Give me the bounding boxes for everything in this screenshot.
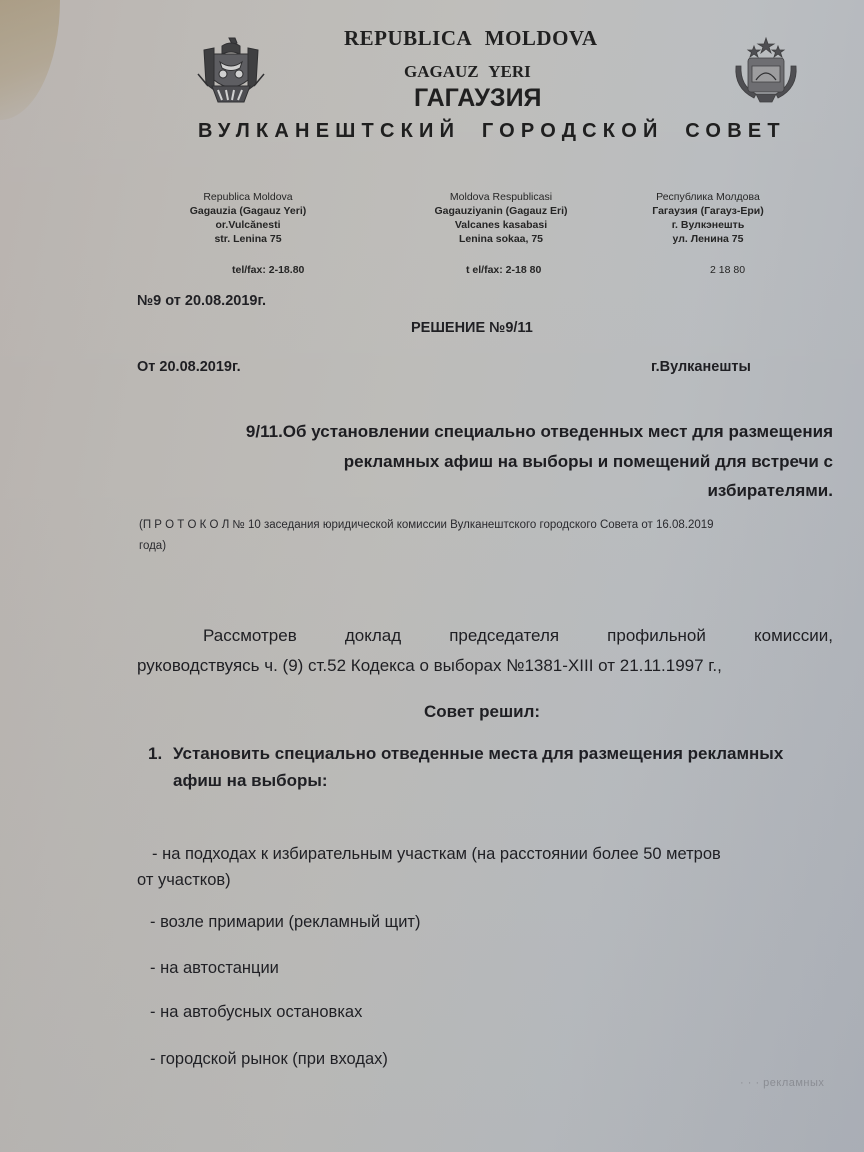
protocol-reference-cont: года) xyxy=(139,540,166,552)
preamble-word: Рассмотрев xyxy=(203,626,297,646)
address-romanian: Republica Moldova Gagauzia (Gagauz Yeri)… xyxy=(188,190,308,246)
address-line: ул. Ленина 75 xyxy=(618,232,798,246)
protocol-reference: (П Р О Т О К О Л № 10 заседания юридичес… xyxy=(139,519,714,531)
subject-line: 9/11.Об установлении специально отведенн… xyxy=(246,422,833,442)
address-gagauz: Moldova Respublicasi Gagauziyanin (Gagau… xyxy=(426,190,576,246)
resolved-heading: Совет решил: xyxy=(424,702,540,722)
list-item-text: афиш на выборы: xyxy=(173,771,328,791)
header-gagauzia-russian: ГАГАУЗИЯ xyxy=(414,84,542,113)
bleed-through-text: · · · рекламных xyxy=(740,1077,824,1089)
document-number: №9 от 20.08.2019г. xyxy=(137,293,266,309)
preamble-line-2: руководствуясь ч. (9) ст.52 Кодекса о вы… xyxy=(137,656,722,676)
address-line: Гагаузия (Гагауз-Ери) xyxy=(618,204,798,218)
place-item: - на автобусных остановках xyxy=(150,1003,362,1022)
address-line: Gagauzia (Gagauz Yeri) xyxy=(188,204,308,218)
list-item-text: Установить специально отведенные места д… xyxy=(173,744,783,764)
place-item-cont: от участков) xyxy=(137,871,231,890)
header-republic-moldova: REPUBLICA MOLDOVA xyxy=(344,26,598,51)
moldova-coat-of-arms-icon xyxy=(196,34,266,108)
address-line: or.Vulcănesti xyxy=(188,218,308,232)
subject-line: избирателями. xyxy=(707,481,833,501)
place-item: - на автостанции xyxy=(150,959,279,978)
place-item: - возле примарии (рекламный щит) xyxy=(150,913,420,932)
list-item-number: 1. xyxy=(148,744,162,764)
address-line: str. Lenina 75 xyxy=(188,232,308,246)
background-surface xyxy=(0,0,60,120)
decision-title: РЕШЕНИЕ №9/11 xyxy=(411,320,533,336)
header-gagauz-yeri: GAGAUZ YERI xyxy=(404,62,531,82)
address-line: Республика Молдова xyxy=(618,190,798,204)
phone-russian: 2 18 80 xyxy=(710,264,745,276)
place-item: - городской рынок (при входах) xyxy=(150,1050,388,1069)
gagauzia-coat-of-arms-icon xyxy=(730,36,802,108)
preamble-word: председателя xyxy=(449,626,559,646)
place-item: - на подходах к избирательным участкам (… xyxy=(152,845,721,864)
phone-gagauz: t el/fax: 2-18 80 xyxy=(466,264,541,276)
preamble-word: комиссии, xyxy=(754,626,833,646)
phone-romanian: tel/fax: 2-18.80 xyxy=(232,264,304,276)
preamble-word: доклад xyxy=(345,626,401,646)
address-line: Lenina sokaa, 75 xyxy=(426,232,576,246)
header-council-name: ВУЛКАНЕШТСКИЙ ГОРОДСКОЙ СОВЕТ xyxy=(198,120,786,143)
preamble-line-1: Рассмотрев доклад председателя профильно… xyxy=(203,626,833,646)
address-line: г. Вулкэнешть xyxy=(618,218,798,232)
subject-line: рекламных афиш на выборы и помещений для… xyxy=(344,452,833,472)
lighting-overlay xyxy=(0,0,864,1152)
address-russian: Республика Молдова Гагаузия (Гагауз-Ери)… xyxy=(618,190,798,246)
address-line: Moldova Respublicasi xyxy=(426,190,576,204)
address-line: Gagauziyanin (Gagauz Eri) xyxy=(426,204,576,218)
preamble-word: профильной xyxy=(607,626,706,646)
address-line: Republica Moldova xyxy=(188,190,308,204)
city-name: г.Вулканешты xyxy=(651,359,751,375)
address-line: Valcanes kasabasi xyxy=(426,218,576,232)
decision-date: От 20.08.2019г. xyxy=(137,359,241,375)
